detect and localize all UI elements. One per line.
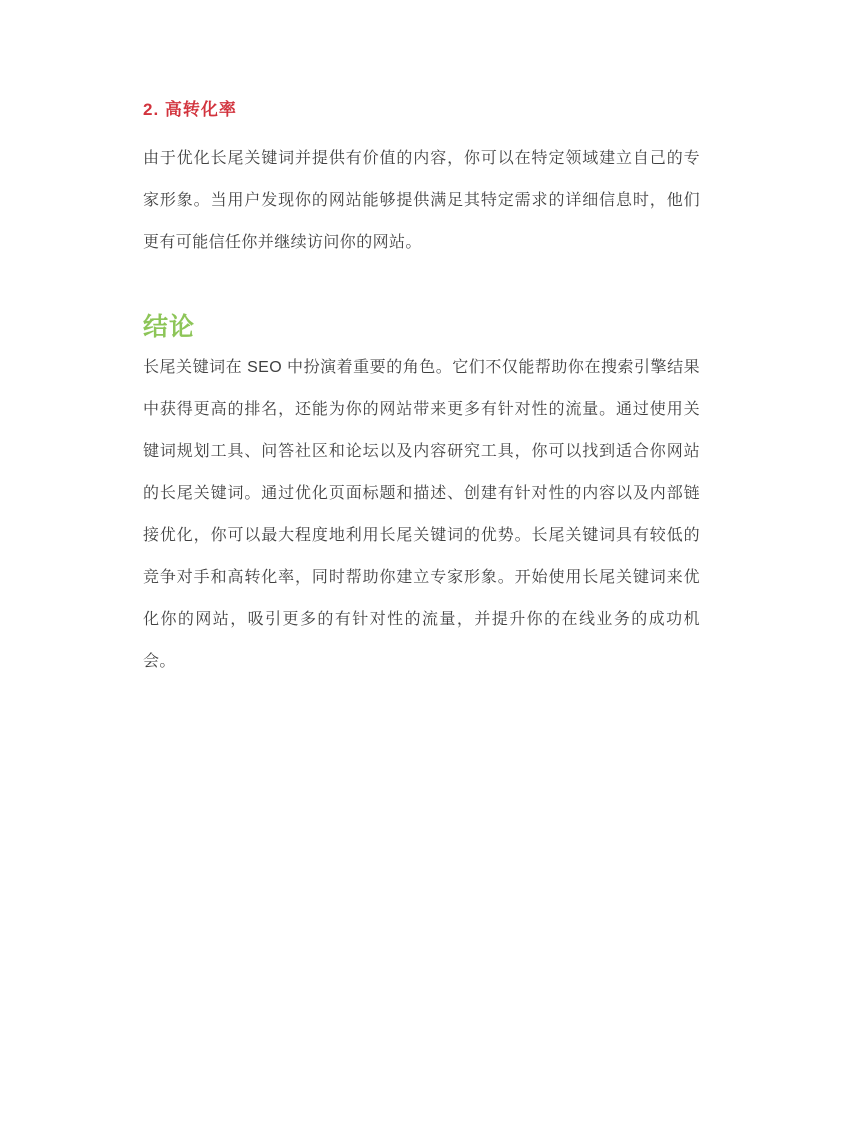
section-heading-high-conversion: 2. 高转化率 bbox=[143, 100, 700, 120]
conclusion-paragraph: 长尾关键词在 SEO 中扮演着重要的角色。它们不仅能帮助你在搜索引擎结果中获得更… bbox=[143, 347, 700, 683]
conclusion-heading: 结论 bbox=[143, 312, 700, 343]
document-page: 2. 高转化率 由于优化长尾关键词并提供有价值的内容，你可以在特定领域建立自己的… bbox=[0, 0, 841, 1122]
section-paragraph: 由于优化长尾关键词并提供有价值的内容，你可以在特定领域建立自己的专家形象。当用户… bbox=[143, 138, 700, 264]
article-content: 2. 高转化率 由于优化长尾关键词并提供有价值的内容，你可以在特定领域建立自己的… bbox=[143, 100, 700, 683]
